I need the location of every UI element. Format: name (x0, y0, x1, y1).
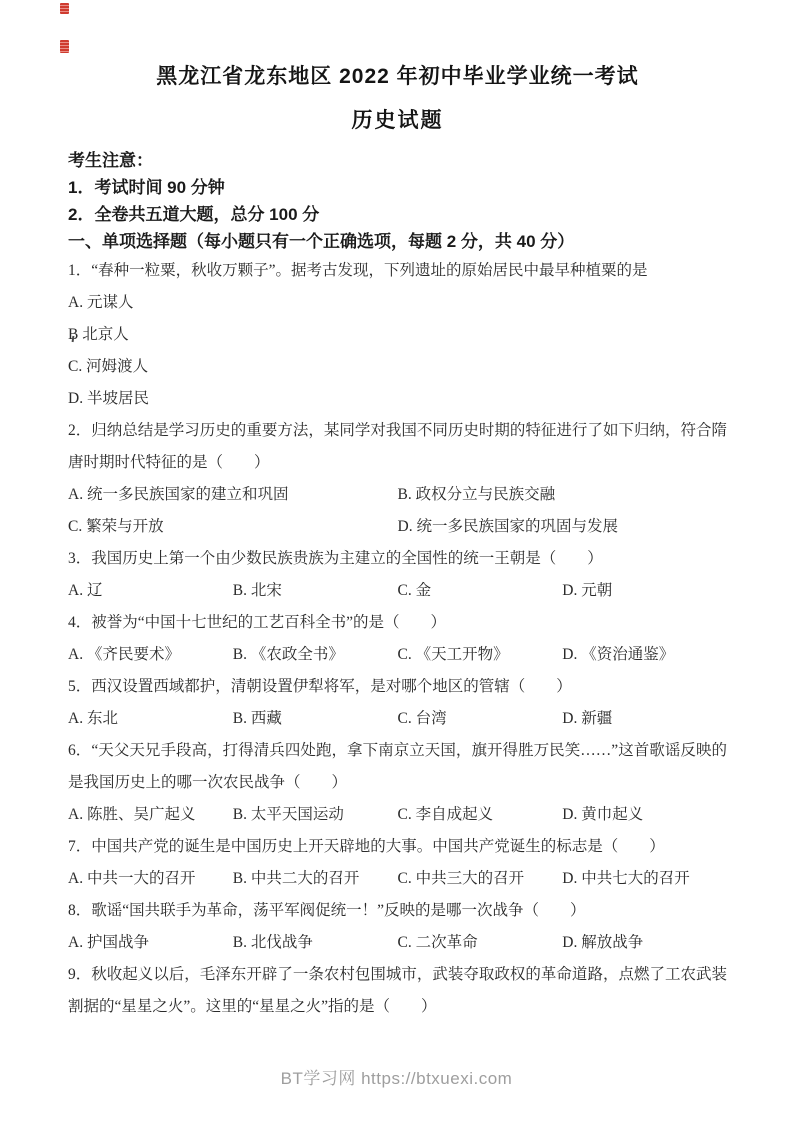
question-2-stem: 2．归纳总结是学习历史的重要方法，某同学对我国不同历史时期的特征进行了如下归纳，… (68, 415, 727, 479)
option-a: A. 护国战争 (68, 927, 233, 959)
option-d: D. 《资治通鉴》 (562, 639, 727, 671)
option-d: D. 解放战争 (562, 927, 727, 959)
question-3: 3．我国历史上第一个由少数民族贵族为主建立的全国性的统一王朝是（ ） A. 辽 … (68, 543, 727, 607)
option-d: D. 中共七大的召开 (562, 863, 727, 895)
question-8: 8．歌谣“国共联手为革命，荡平军阀促统一！”反映的是哪一次战争（ ） A. 护国… (68, 895, 727, 959)
notice-item-1: 1．考试时间 90 分钟 (68, 174, 727, 201)
option-a: A. 《齐民要术》 (68, 639, 233, 671)
option-c: C. 台湾 (398, 703, 563, 735)
question-1-options: A. 元谋人 B 北京人 C. 河姆渡人 D. 半坡居民 (68, 287, 727, 415)
question-9-stem: 9．秋收起义以后，毛泽东开辟了一条农村包围城市，武装夺取政权的革命道路，点燃了工… (68, 959, 727, 1023)
option-c: C. 繁荣与开放 (68, 511, 398, 543)
option-d: D. 元朝 (562, 575, 727, 607)
question-4-stem: 4．被誉为“中国十七世纪的工艺百科全书”的是（ ） (68, 607, 727, 639)
option-a: A. 统一多民族国家的建立和巩固 (68, 479, 398, 511)
question-9: 9．秋收起义以后，毛泽东开辟了一条农村包围城市，武装夺取政权的革命道路，点燃了工… (68, 959, 727, 1023)
red-stamp-icon (60, 3, 69, 14)
question-5: 5．西汉设置西域都护，清朝设置伊犁将军，是对哪个地区的管辖（ ） A. 东北 B… (68, 671, 727, 735)
option-c: C. 《天工开物》 (398, 639, 563, 671)
question-8-options: A. 护国战争 B. 北伐战争 C. 二次革命 D. 解放战争 (68, 927, 727, 959)
question-4: 4．被誉为“中国十七世纪的工艺百科全书”的是（ ） A. 《齐民要术》 B. 《… (68, 607, 727, 671)
option-d: D. 新疆 (562, 703, 727, 735)
exam-paper-page: 黑龙江省龙东地区 2022 年初中毕业学业统一考试 历史试题 考生注意： 1．考… (0, 0, 793, 1122)
question-1: 1．“春种一粒粟，秋收万颗子”。据考古发现，下列遗址的原始居民中最早种植粟的是 … (68, 255, 727, 415)
option-b: B. 政权分立与民族交融 (398, 479, 728, 511)
question-2-options: A. 统一多民族国家的建立和巩固 B. 政权分立与民族交融 C. 繁荣与开放 D… (68, 479, 727, 543)
option-c: C. 二次革命 (398, 927, 563, 959)
question-2: 2．归纳总结是学习历史的重要方法，某同学对我国不同历史时期的特征进行了如下归纳，… (68, 415, 727, 543)
notice-item-2: 2．全卷共五道大题，总分 100 分 (68, 201, 727, 228)
notice-heading: 考生注意： (68, 147, 727, 174)
option-a: A. 陈胜、吴广起义 (68, 799, 233, 831)
option-b: B. 北伐战争 (233, 927, 398, 959)
question-7-stem: 7．中国共产党的诞生是中国历史上开天辟地的大事。中国共产党诞生的标志是（ ） (68, 831, 727, 863)
option-d: D. 半坡居民 (68, 383, 727, 415)
option-a: A. 中共一大的召开 (68, 863, 233, 895)
option-a: A. 辽 (68, 575, 233, 607)
option-c: C. 中共三大的召开 (398, 863, 563, 895)
option-d: D. 黄巾起义 (562, 799, 727, 831)
red-stamp-marks (60, 3, 70, 53)
red-stamp-icon (60, 40, 69, 53)
exam-title: 黑龙江省龙东地区 2022 年初中毕业学业统一考试 (68, 62, 727, 92)
exam-subject-title: 历史试题 (68, 106, 727, 136)
question-3-stem: 3．我国历史上第一个由少数民族贵族为主建立的全国性的统一王朝是（ ） (68, 543, 727, 575)
question-6: 6．“天父天兄手段高，打得清兵四处跑，拿下南京立天国，旗开得胜万民笑……”这首歌… (68, 735, 727, 831)
option-c: C. 金 (398, 575, 563, 607)
option-a: A. 元谋人 (68, 287, 727, 319)
option-b: B. 《农政全书》 (233, 639, 398, 671)
question-5-stem: 5．西汉设置西域都护，清朝设置伊犁将军，是对哪个地区的管辖（ ） (68, 671, 727, 703)
option-c: C. 河姆渡人 (68, 351, 727, 383)
option-c: C. 李自成起义 (398, 799, 563, 831)
question-7: 7．中国共产党的诞生是中国历史上开天辟地的大事。中国共产党诞生的标志是（ ） A… (68, 831, 727, 895)
question-7-options: A. 中共一大的召开 B. 中共二大的召开 C. 中共三大的召开 D. 中共七大… (68, 863, 727, 895)
option-b: B. 中共二大的召开 (233, 863, 398, 895)
question-6-options: A. 陈胜、吴广起义 B. 太平天国运动 C. 李自成起义 D. 黄巾起义 (68, 799, 727, 831)
watermark-footer: BT学习网 https://btxuexi.com (0, 1064, 793, 1089)
option-b: B. 太平天国运动 (233, 799, 398, 831)
question-6-stem: 6．“天父天兄手段高，打得清兵四处跑，拿下南京立天国，旗开得胜万民笑……”这首歌… (68, 735, 727, 799)
option-a: A. 东北 (68, 703, 233, 735)
question-3-options: A. 辽 B. 北宋 C. 金 D. 元朝 (68, 575, 727, 607)
option-b: B. 北宋 (233, 575, 398, 607)
option-b: B 北京人 (68, 319, 727, 351)
question-8-stem: 8．歌谣“国共联手为革命，荡平军阀促统一！”反映的是哪一次战争（ ） (68, 895, 727, 927)
question-5-options: A. 东北 B. 西藏 C. 台湾 D. 新疆 (68, 703, 727, 735)
question-1-stem: 1．“春种一粒粟，秋收万颗子”。据考古发现，下列遗址的原始居民中最早种植粟的是 (68, 255, 727, 287)
option-b: B. 西藏 (233, 703, 398, 735)
option-d: D. 统一多民族国家的巩固与发展 (398, 511, 728, 543)
section-heading-choice: 一、单项选择题（每小题只有一个正确选项，每题 2 分，共 40 分） (68, 228, 727, 255)
question-4-options: A. 《齐民要术》 B. 《农政全书》 C. 《天工开物》 D. 《资治通鉴》 (68, 639, 727, 671)
